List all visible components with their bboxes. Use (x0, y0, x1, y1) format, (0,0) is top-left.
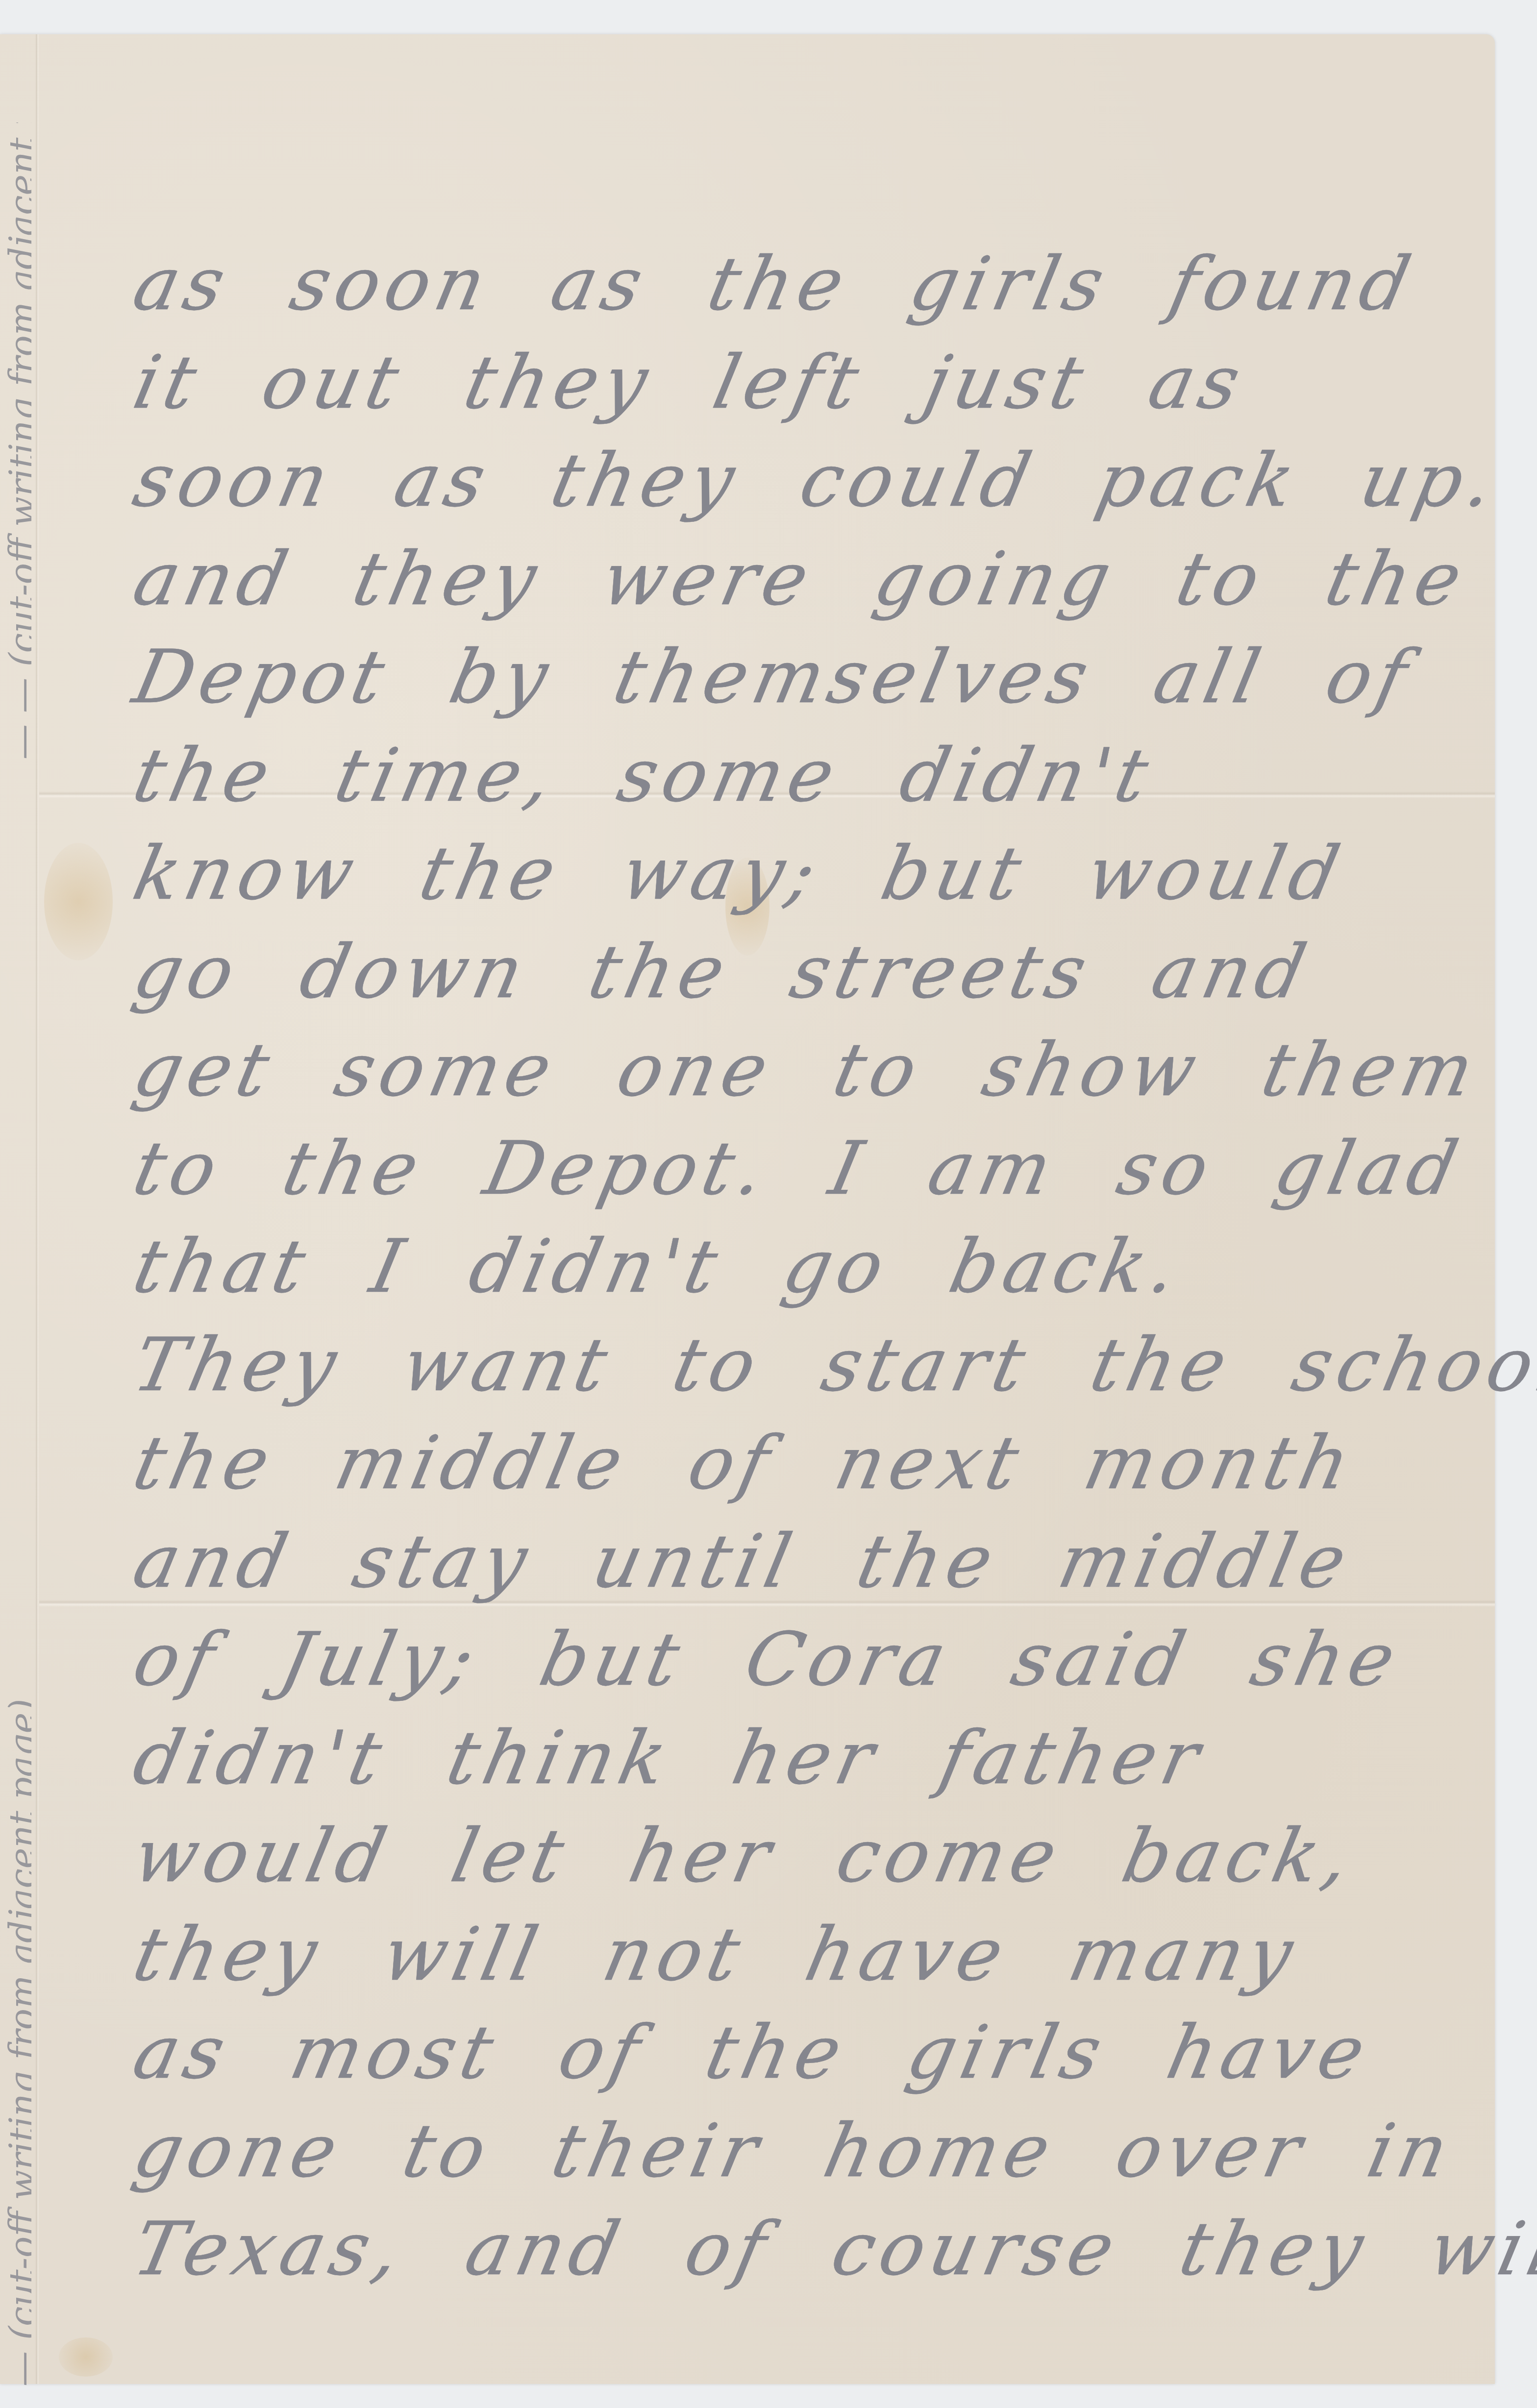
letter-line: that I didn't go back. (125, 1218, 1518, 1316)
letter-line: of July; but Cora said she (125, 1611, 1518, 1709)
letter-line: soon as they could pack up. (125, 432, 1518, 530)
letter-line: and they were going to the (125, 530, 1518, 629)
letter-line: know the way; but would (125, 825, 1518, 923)
margin-fragment-bottom: — (cut-off writing from adjacent page) (2, 1465, 31, 2386)
letter-line: to the Depot. I am so glad (125, 1120, 1518, 1218)
age-stain (44, 843, 113, 960)
letter-line: the middle of next month (125, 1414, 1518, 1513)
letter-line: it out they left just as (125, 334, 1518, 432)
letter-line: gone to their home over in (125, 2102, 1518, 2201)
margin-fragment-top: — — (cut-off writing from adjacent page) (2, 123, 31, 760)
letter-line: would let her come back, (125, 1807, 1518, 1906)
age-stain (59, 2337, 113, 2377)
vertical-fold-crease (35, 34, 39, 2384)
letter-line: They want to start the school (125, 1316, 1518, 1415)
letter-line: the time, some didn't (125, 727, 1518, 825)
letter-line: Depot by themselves all of (125, 628, 1518, 727)
letter-line: Texas, and of course they will. (125, 2200, 1518, 2299)
letter-line: they will not have many (125, 1906, 1518, 2004)
letter-line: go down the streets and (125, 923, 1518, 1022)
letter-line: didn't think her father (125, 1709, 1518, 1808)
letter-line: and stay until the middle (125, 1513, 1518, 1611)
letter-line: get some one to show them (125, 1021, 1518, 1120)
letter-body: as soon as the girls found it out they l… (125, 235, 1497, 2299)
letter-line: as most of the girls have (125, 2004, 1518, 2102)
letter-line: as soon as the girls found (125, 235, 1518, 334)
